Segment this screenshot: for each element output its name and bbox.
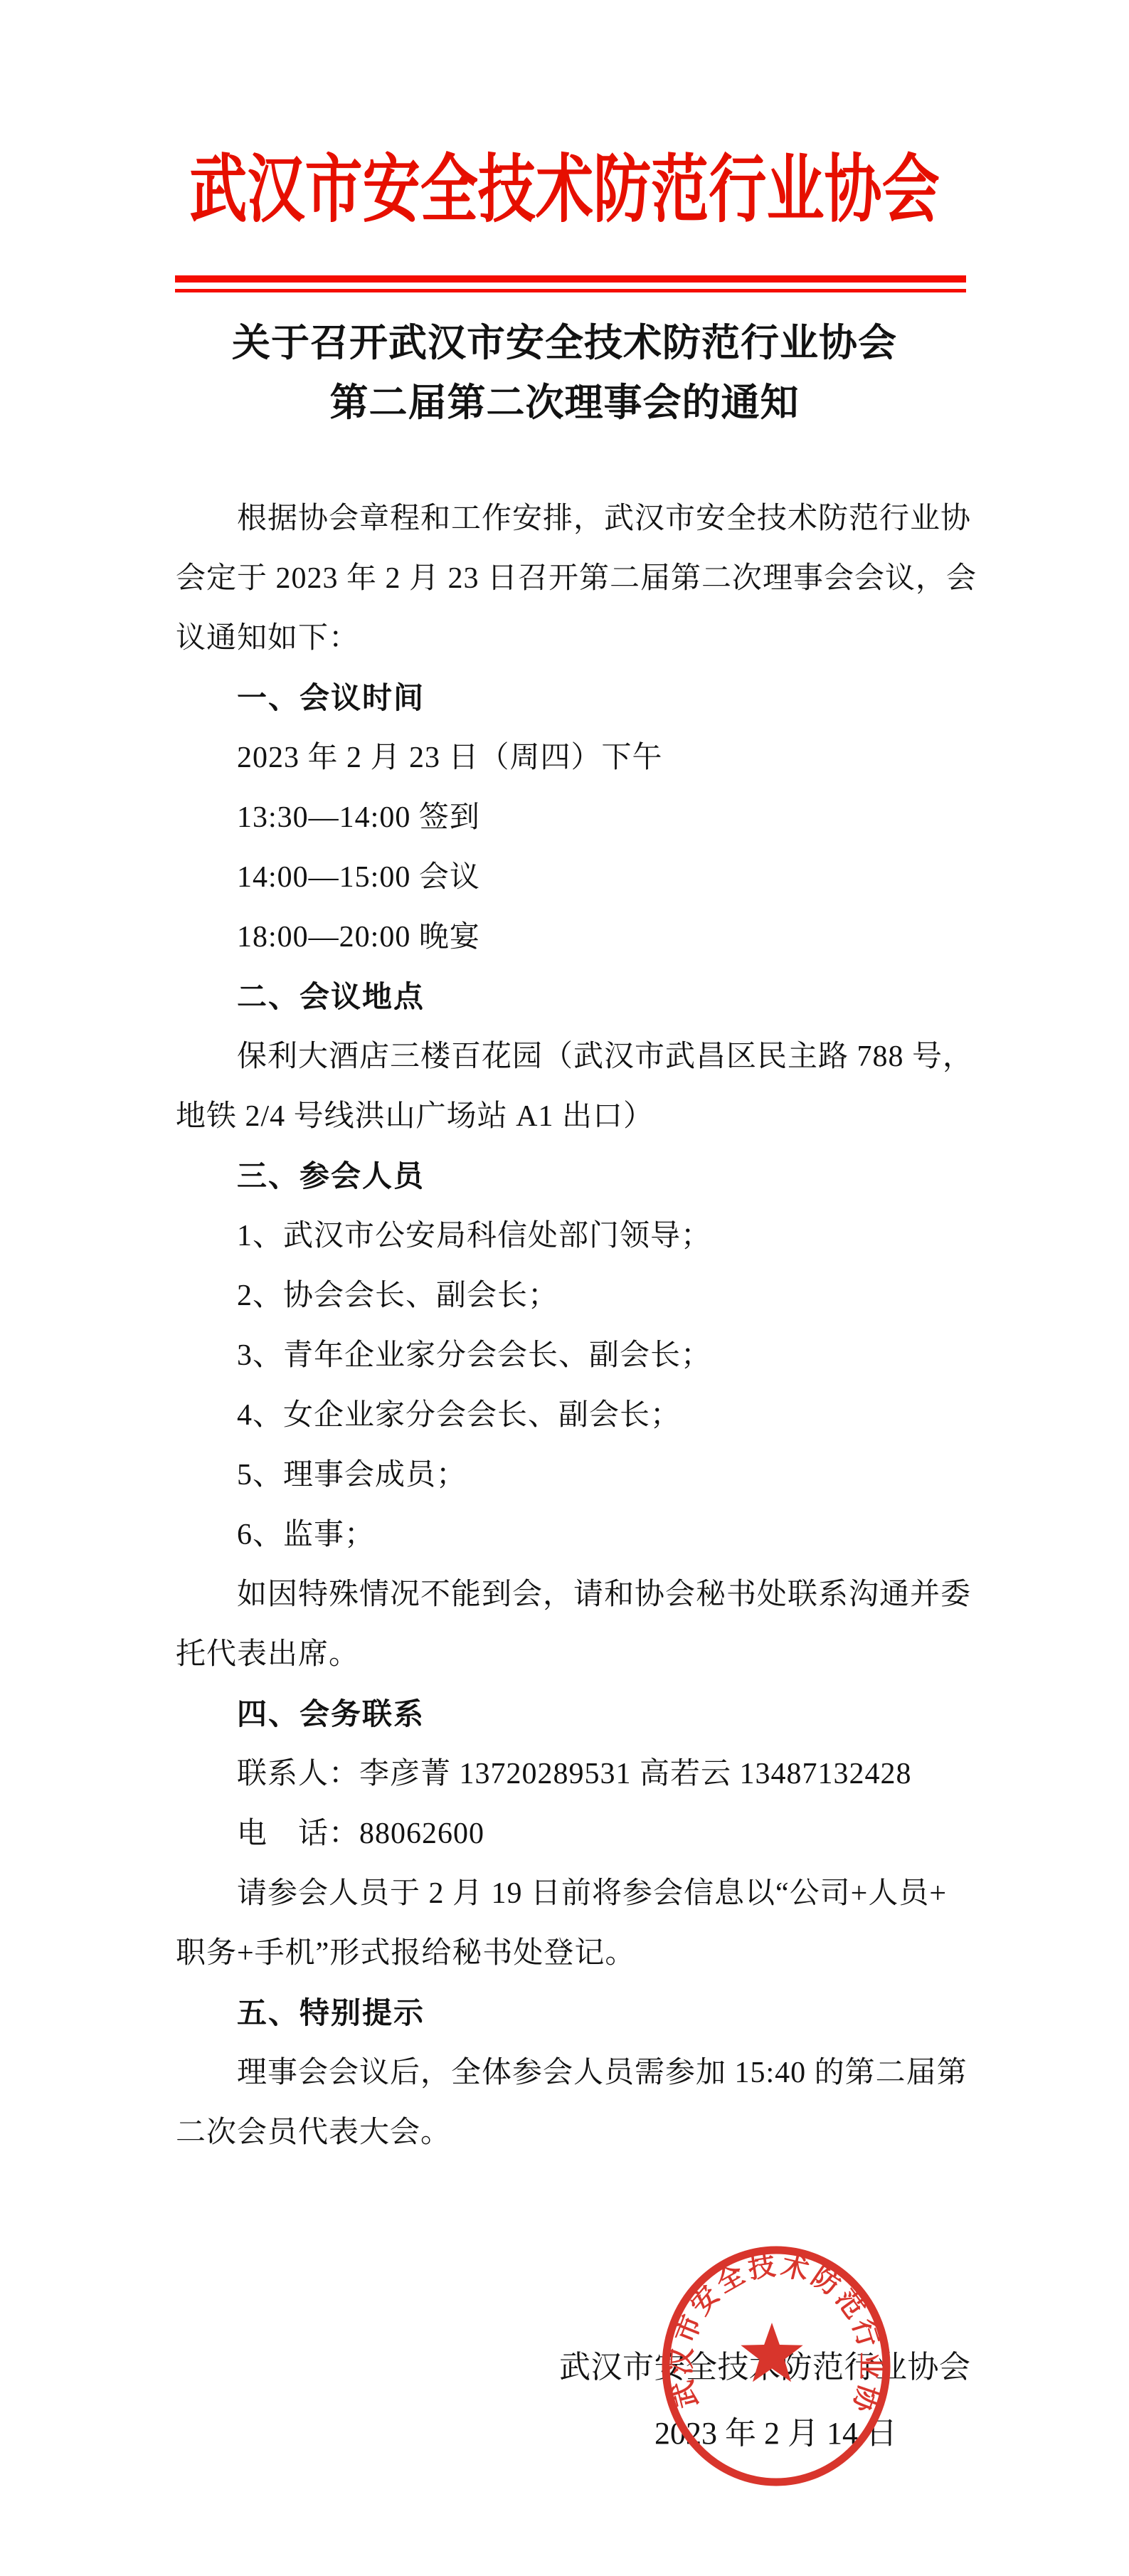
letterhead-rule-thick xyxy=(175,275,966,283)
document-page: 武汉市安全技术防范行业协会 关于召开武汉市安全技术防范行业协会 第二届第二次理事… xyxy=(0,0,1129,2576)
letterhead-org-title: 武汉市安全技术防范行业协会 xyxy=(124,151,1005,231)
body-line: 电 话：88062600 xyxy=(176,1804,972,1864)
section-heading: 四、会务联系 xyxy=(176,1684,972,1744)
body-line: 职务+手机”形式报给秘书处登记。 xyxy=(176,1923,972,1983)
section-heading: 五、特别提示 xyxy=(176,1983,972,2043)
body-line: 14:00—15:00 会议 xyxy=(176,848,972,907)
notice-title-line2: 第二届第二次理事会的通知 xyxy=(0,373,1129,433)
body-line: 请参会人员于 2 月 19 日前将参会信息以“公司+人员+ xyxy=(176,1864,972,1923)
body-line: 二次会员代表大会。 xyxy=(176,2103,972,2163)
notice-title-line1: 关于召开武汉市安全技术防范行业协会 xyxy=(0,313,1129,373)
section-heading: 一、会议时间 xyxy=(176,668,972,728)
section-heading: 三、参会人员 xyxy=(176,1146,972,1206)
body-line: 会定于 2023 年 2 月 23 日召开第二届第二次理事会会议，会 xyxy=(176,549,972,608)
body-line: 18:00—20:00 晚宴 xyxy=(176,907,972,967)
body-line: 保利大酒店三楼百花园（武汉市武昌区民主路 788 号， xyxy=(176,1027,972,1087)
body-line: 联系人：李彦菁 13720289531 高若云 13487132428 xyxy=(176,1744,972,1804)
section-heading: 二、会议地点 xyxy=(176,967,972,1027)
notice-title: 关于召开武汉市安全技术防范行业协会 第二届第二次理事会的通知 xyxy=(0,313,1129,433)
body-line: 议通知如下： xyxy=(176,608,972,668)
letterhead-rule-thin xyxy=(175,289,966,292)
body-line: 13:30—14:00 签到 xyxy=(176,788,972,848)
body-line: 理事会会议后，全体参会人员需参加 15:40 的第二届第 xyxy=(176,2043,972,2103)
stamp-arc-text: 武汉市安全技术防范行业协会 xyxy=(647,2238,885,2419)
body-line: 6、监事； xyxy=(176,1505,972,1565)
body-line: 3、青年企业家分会会长、副会长； xyxy=(176,1326,972,1385)
body-line: 根据协会章程和工作安排，武汉市安全技术防范行业协 xyxy=(176,489,972,549)
body-line: 托代表出席。 xyxy=(176,1625,972,1684)
body-line: 4、女企业家分会会长、副会长； xyxy=(176,1385,972,1445)
body-line: 地铁 2/4 号线洪山广场站 A1 出口） xyxy=(176,1087,972,1146)
notice-body: 根据协会章程和工作安排，武汉市安全技术防范行业协会定于 2023 年 2 月 2… xyxy=(176,489,972,2163)
official-stamp-seal: 武汉市安全技术防范行业协会 xyxy=(647,2238,911,2494)
body-line: 如因特殊情况不能到会，请和协会秘书处联系沟通并委 xyxy=(176,1565,972,1625)
body-line: 5、理事会成员； xyxy=(176,1445,972,1505)
body-line: 2023 年 2 月 23 日（周四）下午 xyxy=(176,728,972,788)
body-line: 1、武汉市公安局科信处部门领导； xyxy=(176,1206,972,1266)
red-star-icon xyxy=(741,2323,802,2382)
body-line: 2、协会会长、副会长； xyxy=(176,1266,972,1326)
